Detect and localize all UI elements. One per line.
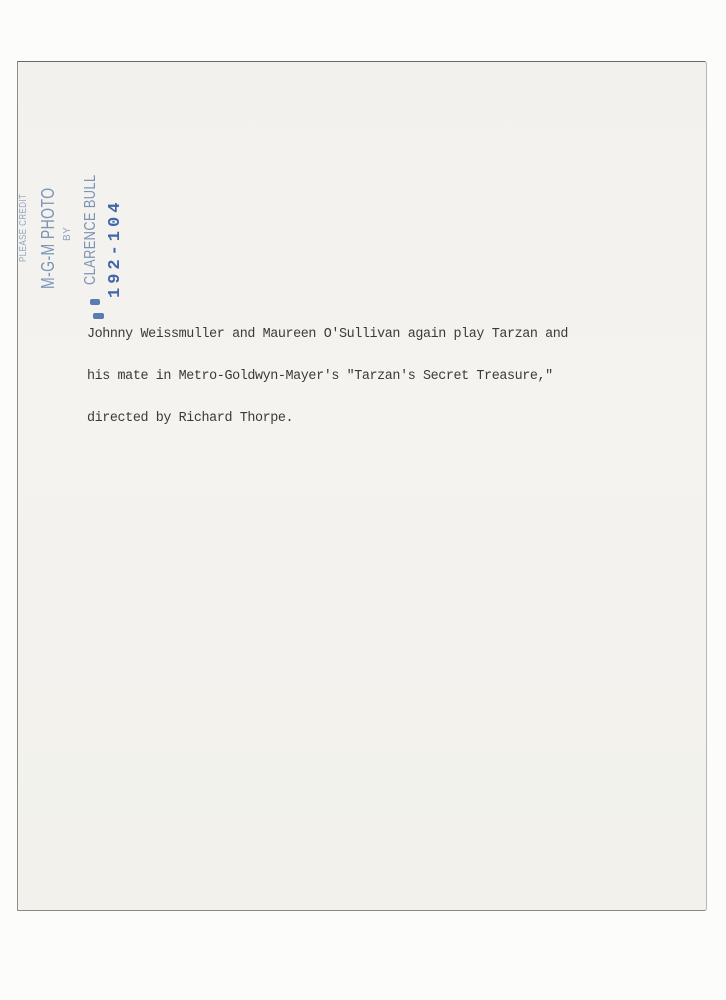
ink-blot — [93, 313, 104, 319]
typed-caption: Johnny Weissmuller and Maureen O'Sulliva… — [87, 300, 568, 454]
ink-blot — [90, 299, 100, 305]
caption-line: directed by Richard Thorpe. — [87, 412, 568, 426]
scanned-photo-back: PLEASE CREDIT M-G-M PHOTO BY CLARENCE BU… — [0, 0, 726, 1000]
stamp-please-credit: PLEASE CREDIT — [18, 194, 29, 262]
stamp-photographer: CLARENCE BULL — [82, 175, 100, 285]
stamp-by: BY — [62, 227, 73, 241]
stamp-studio: M-G-M PHOTO — [38, 187, 59, 289]
stamp-photo-number: 192-104 — [106, 199, 125, 298]
caption-line: Johnny Weissmuller and Maureen O'Sulliva… — [87, 328, 568, 342]
caption-line: his mate in Metro-Goldwyn-Mayer's "Tarza… — [87, 370, 568, 384]
photo-card — [17, 61, 707, 911]
